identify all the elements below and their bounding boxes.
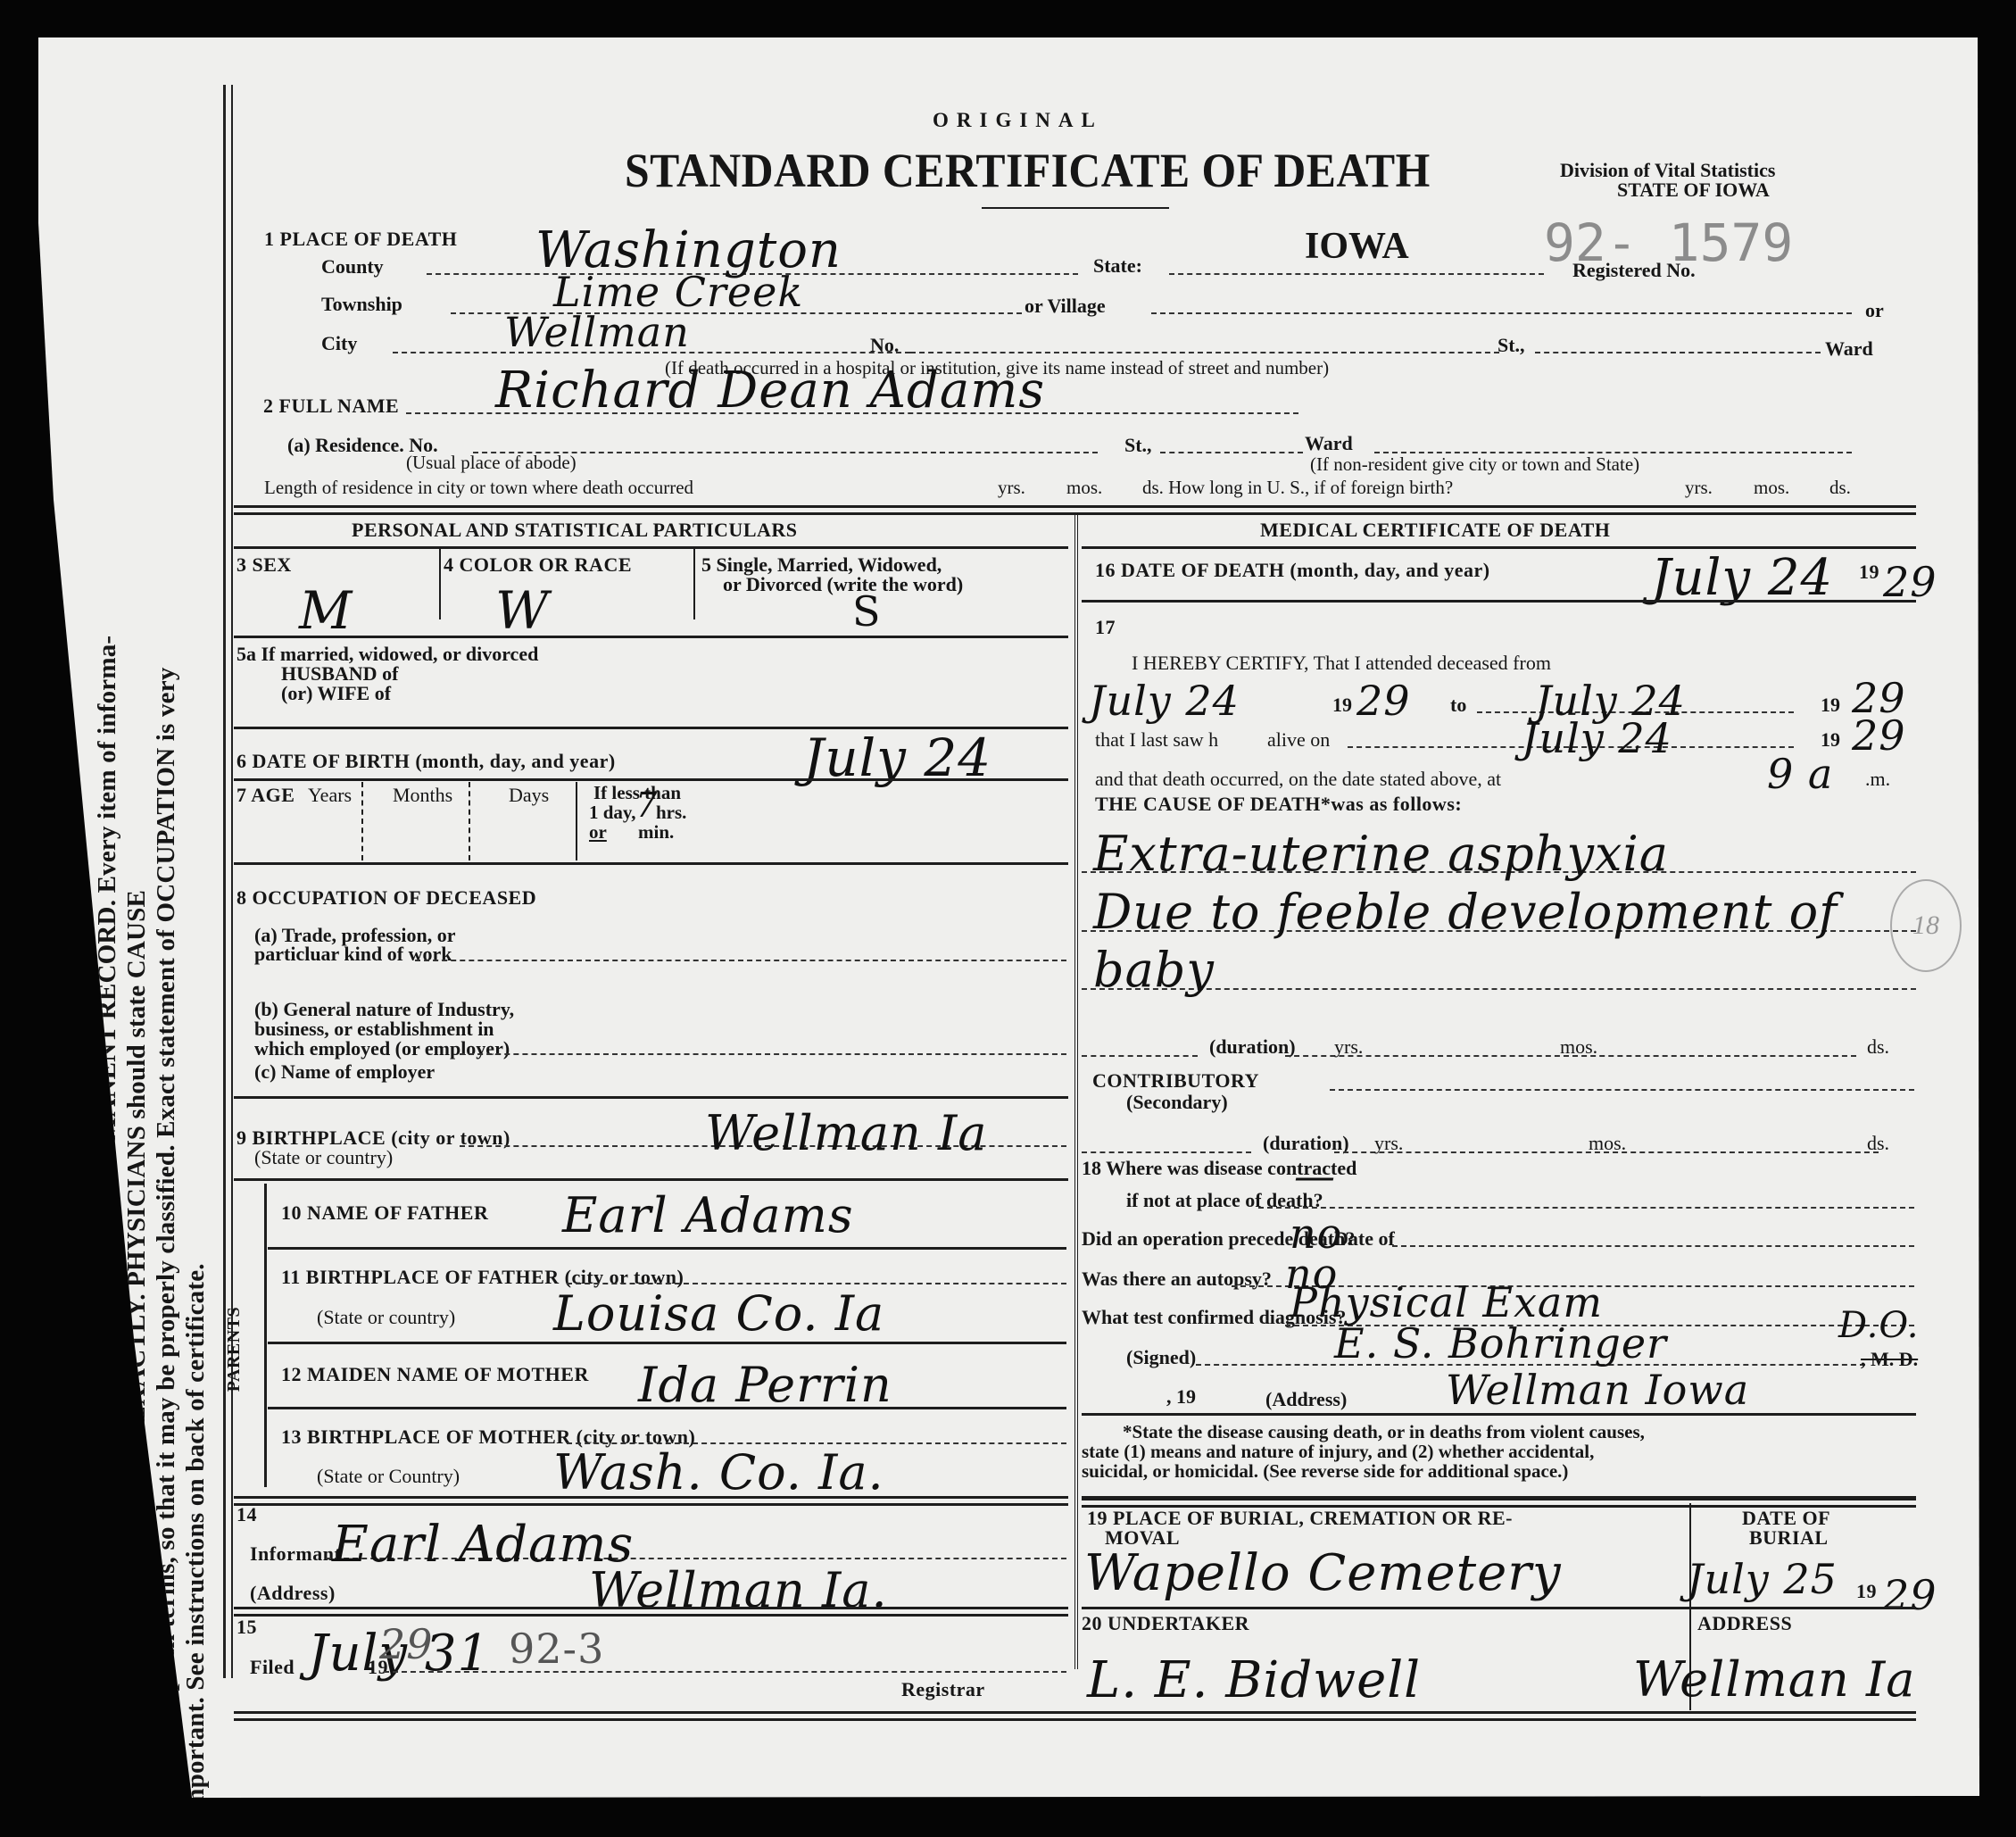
registered-no-label: Registered No. [1572,259,1696,282]
duration-line-a [1082,1055,1198,1057]
q18-line [1258,1207,1914,1209]
ward-label: Ward [1825,337,1873,361]
full-name-label: 2 FULL NAME [263,395,399,418]
personal-title-rule [234,546,1068,549]
signed-label: (Signed) [1126,1346,1196,1369]
age-divider-3 [576,782,577,860]
operation-date-label: Date of [1334,1227,1395,1251]
informant-label: Informant [250,1542,341,1566]
birthplace-value: Wellman Ia [705,1105,987,1161]
title-underline [982,207,1169,209]
last-saw-year-prefix: 19 [1821,728,1840,752]
duration-ds: ds. [1867,1035,1889,1059]
mother-name-value: Ida Perrin [638,1357,892,1413]
burial-place-value: Wapello Cemetery [1084,1544,1562,1602]
duration-yrs: yrs. [1334,1035,1363,1059]
dod-value: July 24 [1651,549,1833,607]
cause-line-3-value: baby [1093,942,1215,998]
length-yrs: yrs. [998,477,1025,499]
state-line [1169,273,1544,275]
margin-line-1: THIS IS A PERMANENT RECORD. Every item o… [93,121,122,1817]
mother-birthplace-sub: (State or Country) [317,1465,460,1488]
filed-number: 15 [236,1616,257,1639]
dob-rule [234,778,1068,781]
from-year-value: 29 [1356,677,1411,725]
certify-text: I HEREBY CERTIFY, That I attended deceas… [1132,652,1551,675]
foreign-ds: ds. [1829,477,1851,499]
undertaker-value: L. E. Bidwell [1087,1651,1421,1709]
to-year-prefix: 19 [1821,694,1840,717]
residence-sub: (Usual place of abode) [406,452,577,474]
occupation-a-line [415,960,1066,961]
contributory-ds: ds. [1867,1132,1889,1155]
or-village-label: or Village [1025,295,1106,318]
birthplace-rule [234,1178,1068,1181]
burial-year-value: 29 [1883,1571,1937,1619]
city-value: Wellman [504,308,690,356]
occupation-label: 8 OCCUPATION OF DECEASED [236,886,536,910]
marital-label-2: or Divorced (write the word) [723,573,963,596]
contributory-duration-line-a [1082,1151,1251,1153]
duration-mos: mos. [1560,1035,1597,1059]
parents-rule [234,1496,1068,1506]
occupation-b-line [460,1053,1066,1055]
contributory-sub: (Secondary) [1126,1091,1228,1114]
informant-rule [234,1607,1068,1617]
residence-st-line [1160,452,1303,453]
father-birthplace-rule [268,1342,1066,1344]
autopsy-label: Was there an autopsy? [1082,1268,1272,1291]
occupation-rule [234,1096,1068,1099]
age-divider-1 [361,782,363,860]
or-label: or [1865,299,1884,322]
circled-annotation: 18 [1890,879,1962,972]
no-label: No. [870,334,899,357]
sign-year-label: , 19 [1166,1385,1196,1409]
occupation-b-label-3: which employed (or employer) [254,1037,510,1060]
dod-label: 16 DATE OF DEATH (month, day, and year) [1095,559,1490,582]
left-frame-rule [223,85,233,1678]
occurred-label: and that death occurred, on the date sta… [1095,768,1501,791]
dod-year-prefix: 19 [1859,561,1879,584]
contributory-line [1330,1089,1914,1091]
age-days-label: Days [509,784,549,807]
lt-day-hrs-value: 7 [635,786,658,825]
dob-label: 6 DATE OF BIRTH (month, day, and year) [236,750,616,773]
original-label: ORIGINAL [933,109,1103,132]
filed-year-value: 29 [379,1620,434,1668]
age-years-label: Years [308,784,352,807]
age-label: 7 AGE [236,784,295,807]
operation-date-line [1392,1245,1914,1247]
certificate-title: STANDARD CERTIFICATE OF DEATH [625,143,1431,198]
foreign-mos: mos. [1754,477,1789,499]
column-divider [1074,512,1078,1669]
st-label: St., [1497,334,1525,357]
undertaker-label: 20 UNDERTAKER [1082,1612,1249,1635]
father-rule [268,1247,1066,1250]
dod-rule [1082,600,1916,603]
contributory-yrs: yrs. [1374,1132,1403,1155]
cause-line-2-value: Due to feeble development of [1093,884,1838,940]
filed-line [384,1671,1066,1673]
burial-year-prefix: 19 [1856,1580,1877,1603]
occupation-a-label-2: particluar kind of work [254,943,452,966]
length-of-residence-label: Length of residence in city or town wher… [264,477,693,499]
medical-section-title: MEDICAL CERTIFICATE OF DEATH [1260,519,1610,542]
physician-rule [1082,1413,1916,1416]
last-saw-label: that I last saw h [1095,728,1218,752]
state-label: State: [1093,254,1142,278]
informant-number: 14 [236,1503,257,1526]
physician-address-value: Wellman Iowa [1446,1366,1749,1414]
contributory-label: CONTRIBUTORY [1092,1069,1259,1093]
mother-rule [268,1407,1066,1409]
lt-day-min-label: min. [638,821,674,844]
margin-line-2: AGE should be stated EXACTLY. PHYSICIANS… [122,121,152,1817]
signed-md-suffix: , M. D. [1861,1348,1918,1371]
marital-value: S [852,587,882,636]
burial-place-rule [1082,1607,1916,1609]
q18-value: — [1294,1151,1336,1200]
village-line [1151,312,1852,314]
sex-race-divider [439,548,441,619]
nonresident-note: (If non-resident give city or town and S… [1310,453,1639,476]
undertaker-address-label: ADDRESS [1697,1612,1792,1635]
parents-bracket [264,1184,267,1487]
lt-day-or-label: or [589,821,607,844]
place-of-death-label: 1 PLACE OF DEATH [264,228,457,251]
filed-label: Filed [250,1656,295,1679]
state-value: IOWA [1305,225,1409,268]
contributory-mos: mos. [1589,1132,1626,1155]
cause-line-1-value: Extra-uterine asphyxia [1093,826,1669,882]
burial-date-value: July 25 [1687,1555,1838,1603]
age-rule [234,862,1068,865]
mother-name-label: 12 MAIDEN NAME OF MOTHER [281,1363,589,1386]
length-mos: mos. [1066,477,1102,499]
certificate-paper: THIS IS A PERMANENT RECORD. Every item o… [0,0,2016,1837]
occupation-c-label: (c) Name of employer [254,1060,435,1084]
father-birthplace-sub: (State or country) [317,1306,455,1329]
county-label: County [321,255,384,278]
full-name-value: Richard Dean Adams [495,362,1045,420]
mother-birthplace-value: Wash. Co. Ia. [553,1444,884,1500]
personal-section-title: PERSONAL AND STATISTICAL PARTICULARS [352,519,798,542]
cause-of-death-label: THE CAUSE OF DEATH*was as follows: [1095,793,1462,816]
dod-year-value: 29 [1883,558,1937,606]
residence-st-label: St., [1124,434,1152,457]
margin-line-3: DEATH in plain terms, so that it may be … [152,121,181,1817]
burial-date-label-2: BURIAL [1749,1526,1829,1550]
street-line [910,352,1499,353]
bottom-rule [234,1711,1916,1721]
item-17-number: 17 [1095,616,1116,639]
signed-credential-value: D.O. [1838,1305,1920,1346]
duration-label: (duration) [1209,1035,1296,1059]
signed-value: E. S. Bohringer [1334,1319,1667,1367]
father-birthplace-line [567,1283,1066,1284]
last-saw-value: July 24 [1522,714,1672,762]
last-saw-label-2: alive on [1267,728,1330,752]
occurred-time-value: 9 a [1767,750,1833,798]
foreign-birth-label: ds. How long in U. S., if of foreign bir… [1142,477,1453,499]
father-name-label: 10 NAME OF FATHER [281,1201,488,1225]
race-value: W [495,580,550,641]
spouse-label-3: (or) WIFE of [281,682,391,705]
registrar-value: 92-3 [509,1625,604,1673]
residence-ward-label: Ward [1305,432,1353,455]
to-label: to [1450,694,1466,717]
informant-address-label: (Address) [250,1582,336,1605]
birthplace-sub: (State or country) [254,1146,393,1169]
age-divider-2 [469,782,470,860]
last-saw-year-value: 29 [1852,711,1906,760]
sex-value: M [299,580,353,641]
footnote-line-3: suicidal, or homicidal. (See reverse sid… [1082,1460,1568,1483]
margin-line-4: important. See instructions on back of c… [181,121,211,1817]
sex-label: 3 SEX [236,553,292,577]
occurred-suffix: .m. [1865,768,1890,791]
father-birthplace-value: Louisa Co. Ia [553,1285,884,1342]
state-of-iowa-label: STATE OF IOWA [1617,179,1770,202]
race-marital-divider [693,548,695,619]
margin-instructions: THIS IS A PERMANENT RECORD. Every item o… [93,121,211,1817]
registrar-label: Registrar [901,1678,985,1701]
township-label: Township [321,293,402,316]
from-year-prefix: 19 [1332,694,1352,717]
marital-rule [234,636,1068,638]
race-label: 4 COLOR OR RACE [444,553,632,577]
foreign-yrs: yrs. [1685,477,1713,499]
age-months-label: Months [393,784,452,807]
parents-side-label: PARENTS [224,1307,245,1392]
city-label: City [321,332,357,355]
physician-address-label: (Address) [1265,1388,1347,1411]
attended-from-value: July 24 [1089,677,1240,725]
ward-line [1535,352,1821,353]
undertaker-address-value: Wellman Ia [1633,1651,1915,1708]
father-name-value: Earl Adams [562,1187,854,1243]
